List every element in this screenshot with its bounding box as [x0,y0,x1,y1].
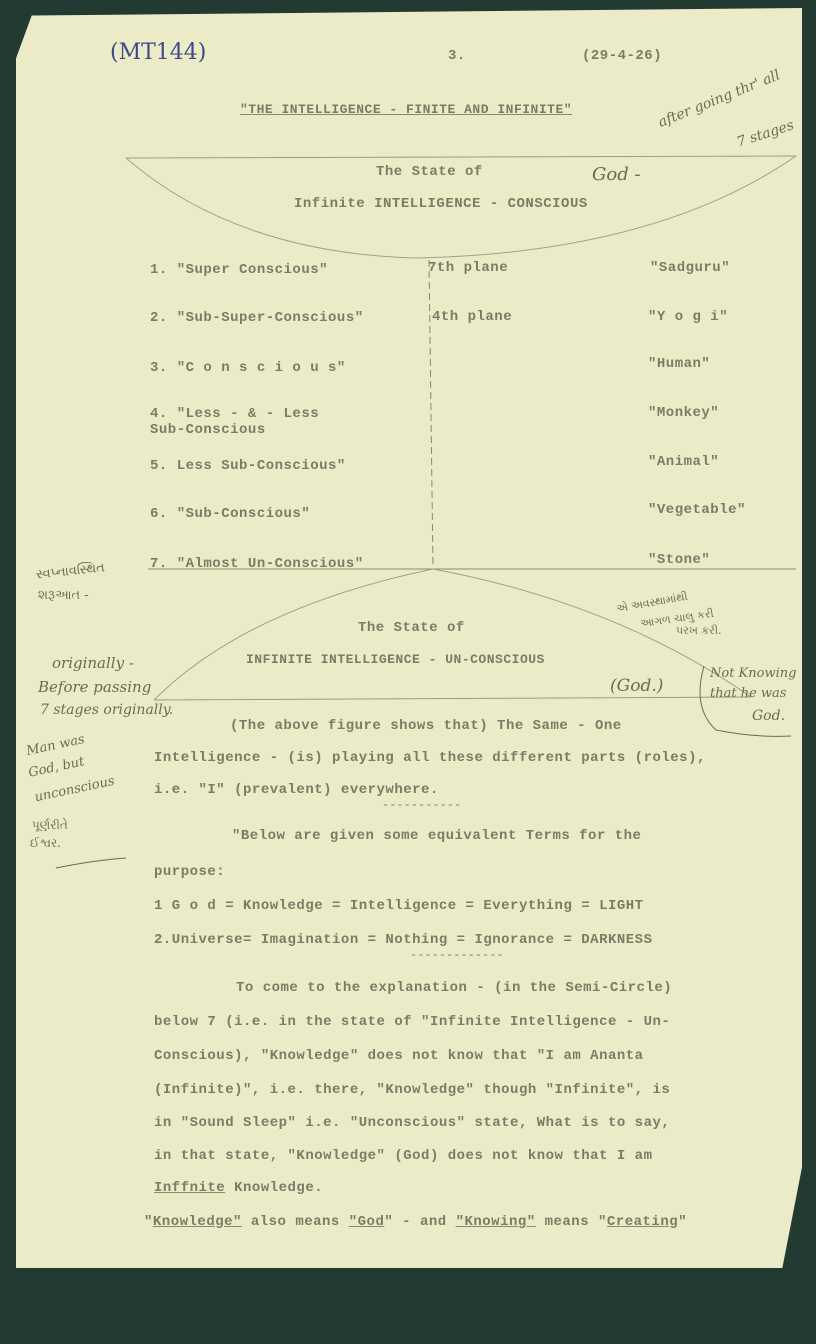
upper-state-line1: The State of [376,164,483,180]
equivalence-2: 2.Universe= Imagination = Nothing = Igno… [154,932,652,948]
level-3-label: 3. "C o n s c i o u s" [150,360,346,376]
level-2-label: 2. "Sub-Super-Conscious" [150,310,364,326]
lower-state-line1: The State of [358,620,465,636]
final-line: "Knowledge" also means "God" - and "Know… [144,1214,687,1230]
lower-state-line2: INFINITE INTELLIGENCE - UN-CONSCIOUS [246,652,545,667]
equivalence-1: 1 G o d = Knowledge = Intelligence = Eve… [154,898,644,914]
level-1-label: 1. "Super Conscious" [150,262,328,278]
para2-line2: purpose: [154,864,225,880]
gujarati-note-3a: પૂર્ણરીતે [32,818,68,833]
level-1-being: "Sadguru" [650,260,730,276]
para2-line1: "Below are given some equivalent Terms f… [232,828,641,844]
level-7-being: "Stone" [648,552,710,568]
upper-state-line2: Infinite INTELLIGENCE - CONSCIOUS [294,196,588,212]
word-god: "God [349,1214,385,1230]
note-originally-3: 7 stages originally. [40,702,173,718]
word-knowledge: Knowledge" [153,1214,242,1230]
word-creating: Creating [607,1214,678,1230]
text-means: means " [536,1214,607,1230]
gujarati-note-right-3: પરખ કરી. [676,624,721,638]
para3-line5: in "Sound Sleep" i.e. "Unconscious" stat… [154,1115,670,1131]
level-1-plane: 7th plane [428,260,508,276]
level-4-label-cont: Sub-Conscious [150,422,266,438]
note-not-knowing-1: Not Knowing [710,666,796,681]
level-4-being: "Monkey" [648,405,719,421]
level-6-label: 6. "Sub-Conscious" [150,506,310,522]
para3-line2: below 7 (i.e. in the state of "Infinite … [154,1014,670,1030]
text-also-means: also means [242,1214,349,1230]
document-page: (MT144) 3. (29-4-26) "THE INTELLIGENCE -… [16,8,802,1268]
para3-line3: Conscious), "Knowledge" does not know th… [154,1048,644,1064]
date: (29-4-26) [582,48,662,64]
page-title: "THE INTELLIGENCE - FINITE AND INFINITE" [240,102,572,117]
note-god-lower: (God.) [610,676,663,696]
level-2-plane: 4th plane [432,309,512,325]
level-2-being: "Y o g i" [648,309,728,325]
text-and: " - and [384,1214,455,1230]
note-not-knowing-2: that he was [710,686,786,701]
separator-2: ------------- [410,948,504,962]
gujarati-note-2: શરૂઆત - [38,588,89,603]
note-originally-1: originally - [52,654,134,672]
page-number: 3. [448,48,466,64]
archive-reference: (MT144) [110,40,206,65]
para1-line3: i.e. "I" (prevalent) everywhere. [154,782,439,798]
para1-line1: (The above figure shows that) The Same -… [230,718,622,734]
word-knowing: "Knowing" [456,1214,536,1230]
level-5-label: 5. Less Sub-Conscious" [150,458,346,474]
level-6-being: "Vegetable" [648,502,746,518]
level-4-label: 4. "Less - & - Less [150,406,319,422]
knowledge-word: Knowledge. [225,1180,323,1196]
gujarati-note-3b: ઈશ્વર. [30,836,61,851]
para3-line6: in that state, "Knowledge" (God) does no… [154,1148,652,1164]
note-originally-2: Before passing [38,678,151,696]
closing-quote: " [678,1214,687,1230]
note-god: God - [592,164,641,185]
para3-line4: (Infinite)", i.e. there, "Knowledge" tho… [154,1082,670,1098]
quote: " [144,1214,153,1230]
para3-line7: Inffnite Knowledge. [154,1180,323,1196]
note-not-knowing-3: God. [752,708,785,724]
level-3-being: "Human" [648,356,710,372]
infinite-underlined: Inffnite [154,1180,225,1196]
separator-1: ----------- [382,798,461,812]
para3-line1: To come to the explanation - (in the Sem… [236,980,672,996]
level-7-label: 7. "Almost Un-Conscious" [150,556,364,572]
para1-line2: Intelligence - (is) playing all these di… [154,750,706,766]
level-5-being: "Animal" [648,454,719,470]
